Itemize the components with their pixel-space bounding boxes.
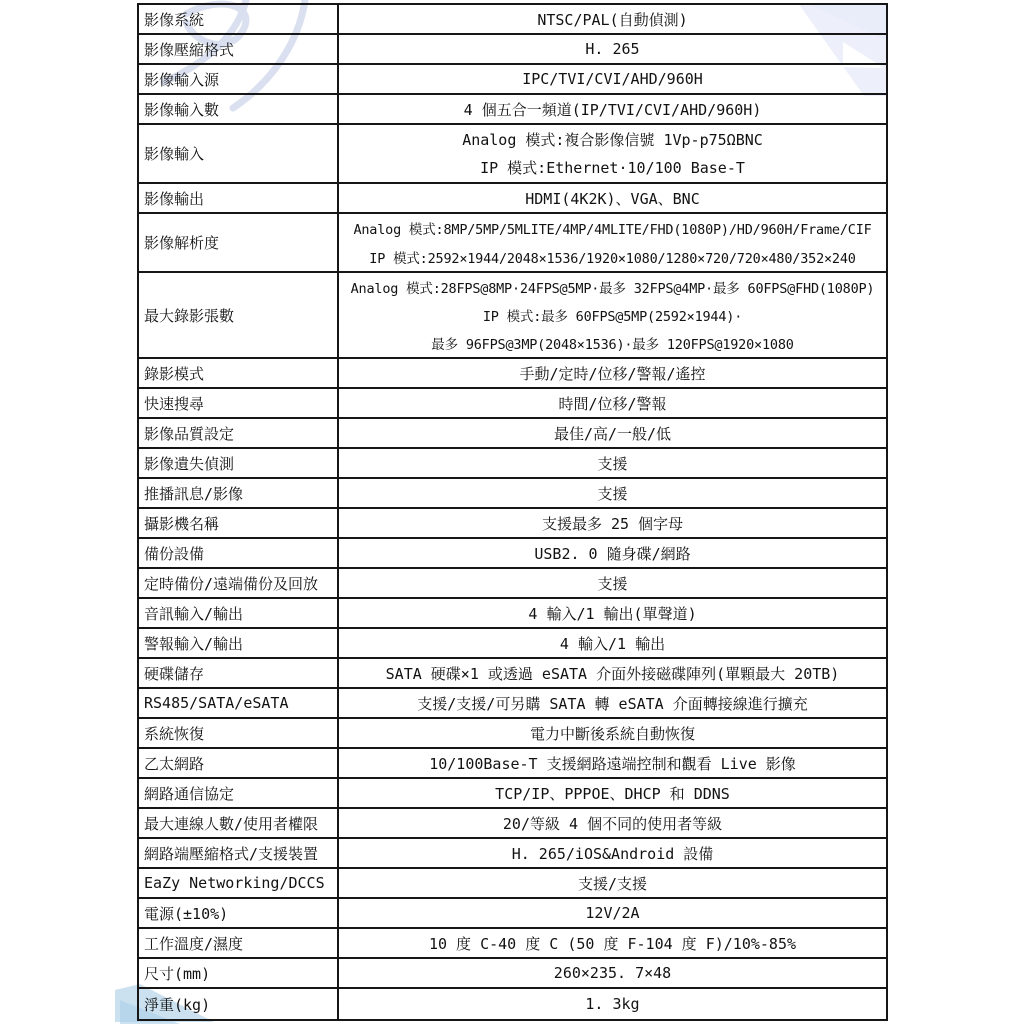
spec-label: 影像壓縮格式 bbox=[139, 35, 339, 63]
spec-label: 警報輸入/輸出 bbox=[139, 629, 339, 657]
table-row: 硬碟儲存SATA 硬碟×1 或透過 eSATA 介面外接磁碟陣列(單顆最大 20… bbox=[139, 659, 886, 689]
spec-label: RS485/SATA/eSATA bbox=[139, 689, 339, 717]
spec-value: 支援/支援 bbox=[339, 869, 886, 897]
spec-label: 影像輸入 bbox=[139, 125, 339, 182]
spec-label: EaZy Networking/DCCS bbox=[139, 869, 339, 897]
table-row: 影像輸入源IPC/TVI/CVI/AHD/960H bbox=[139, 65, 886, 95]
spec-label: 定時備份/遠端備份及回放 bbox=[139, 569, 339, 597]
spec-value: 最佳/高/一般/低 bbox=[339, 419, 886, 447]
spec-value-line: 12V/2A bbox=[339, 899, 886, 927]
spec-value-line: USB2. 0 隨身碟/網路 bbox=[339, 539, 886, 567]
spec-value-line: 260×235. 7×48 bbox=[339, 959, 886, 987]
spec-value: IPC/TVI/CVI/AHD/960H bbox=[339, 65, 886, 93]
spec-value-line: H. 265/iOS&Android 設備 bbox=[339, 839, 886, 867]
table-row: 最大錄影張數Analog 模式:28FPS@8MP·24FPS@5MP·最多 3… bbox=[139, 273, 886, 359]
spec-value: 10 度 C-40 度 C (50 度 F-104 度 F)/10%-85% bbox=[339, 929, 886, 957]
spec-value-line: 時間/位移/警報 bbox=[339, 389, 886, 417]
spec-value-line: 支援/支援/可另購 SATA 轉 eSATA 介面轉接線進行擴充 bbox=[339, 689, 886, 717]
spec-label: 影像系統 bbox=[139, 5, 339, 33]
spec-label: 網路通信協定 bbox=[139, 779, 339, 807]
table-row: 淨重(kg)1. 3kg bbox=[139, 989, 886, 1019]
spec-value: 4 輸入/1 輸出 bbox=[339, 629, 886, 657]
spec-value: 支援/支援/可另購 SATA 轉 eSATA 介面轉接線進行擴充 bbox=[339, 689, 886, 717]
spec-label: 影像解析度 bbox=[139, 214, 339, 271]
spec-value: Analog 模式:複合影像信號 1Vp-p75ΩBNCIP 模式:Ethern… bbox=[339, 125, 886, 182]
table-row: 錄影模式手動/定時/位移/警報/遙控 bbox=[139, 359, 886, 389]
spec-value-line: 10/100Base-T 支援網路遠端控制和觀看 Live 影像 bbox=[339, 749, 886, 777]
spec-value: TCP/IP、PPPOE、DHCP 和 DDNS bbox=[339, 779, 886, 807]
spec-value-line: 支援/支援 bbox=[339, 869, 886, 897]
table-row: 尺寸(mm)260×235. 7×48 bbox=[139, 959, 886, 989]
spec-label: 音訊輸入/輸出 bbox=[139, 599, 339, 627]
table-row: 影像輸入數4 個五合一頻道(IP/TVI/CVI/AHD/960H) bbox=[139, 95, 886, 125]
spec-value-line: H. 265 bbox=[339, 35, 886, 63]
spec-value-line: 4 輸入/1 輸出(單聲道) bbox=[339, 599, 886, 627]
spec-value-line: 支援 bbox=[339, 569, 886, 597]
table-row: 影像輸出HDMI(4K2K)、VGA、BNC bbox=[139, 184, 886, 214]
spec-value: HDMI(4K2K)、VGA、BNC bbox=[339, 184, 886, 212]
spec-label: 影像輸入源 bbox=[139, 65, 339, 93]
spec-value: 12V/2A bbox=[339, 899, 886, 927]
spec-value: 10/100Base-T 支援網路遠端控制和觀看 Live 影像 bbox=[339, 749, 886, 777]
spec-value: H. 265 bbox=[339, 35, 886, 63]
spec-value-line: IP 模式:Ethernet·10/100 Base-T bbox=[339, 154, 886, 183]
spec-label: 工作溫度/濕度 bbox=[139, 929, 339, 957]
table-row: 備份設備USB2. 0 隨身碟/網路 bbox=[139, 539, 886, 569]
spec-value: 260×235. 7×48 bbox=[339, 959, 886, 987]
table-row: 工作溫度/濕度10 度 C-40 度 C (50 度 F-104 度 F)/10… bbox=[139, 929, 886, 959]
spec-label: 錄影模式 bbox=[139, 359, 339, 387]
table-row: 定時備份/遠端備份及回放支援 bbox=[139, 569, 886, 599]
spec-value-line: 電力中斷後系統自動恢復 bbox=[339, 719, 886, 747]
table-row: 攝影機名稱支援最多 25 個字母 bbox=[139, 509, 886, 539]
table-row: EaZy Networking/DCCS支援/支援 bbox=[139, 869, 886, 899]
table-row: 音訊輸入/輸出4 輸入/1 輸出(單聲道) bbox=[139, 599, 886, 629]
table-row: 警報輸入/輸出4 輸入/1 輸出 bbox=[139, 629, 886, 659]
spec-value-line: 10 度 C-40 度 C (50 度 F-104 度 F)/10%-85% bbox=[339, 929, 886, 957]
table-row: 影像輸入Analog 模式:複合影像信號 1Vp-p75ΩBNCIP 模式:Et… bbox=[139, 125, 886, 184]
table-row: 影像遺失偵測支援 bbox=[139, 449, 886, 479]
spec-label: 推播訊息/影像 bbox=[139, 479, 339, 507]
spec-value-line: 支援最多 25 個字母 bbox=[339, 509, 886, 537]
table-row: 系統恢復電力中斷後系統自動恢復 bbox=[139, 719, 886, 749]
spec-value: USB2. 0 隨身碟/網路 bbox=[339, 539, 886, 567]
table-row: 電源(±10%)12V/2A bbox=[139, 899, 886, 929]
page: 影像系統NTSC/PAL(自動偵測)影像壓縮格式H. 265影像輸入源IPC/T… bbox=[0, 0, 1024, 1024]
spec-value-line: Analog 模式:複合影像信號 1Vp-p75ΩBNC bbox=[339, 125, 886, 154]
spec-value-line: 20/等級 4 個不同的使用者等級 bbox=[339, 809, 886, 837]
spec-value: SATA 硬碟×1 或透過 eSATA 介面外接磁碟陣列(單顆最大 20TB) bbox=[339, 659, 886, 687]
spec-label: 硬碟儲存 bbox=[139, 659, 339, 687]
table-row: 推播訊息/影像支援 bbox=[139, 479, 886, 509]
spec-value: 1. 3kg bbox=[339, 989, 886, 1019]
spec-value: 20/等級 4 個不同的使用者等級 bbox=[339, 809, 886, 837]
spec-value-line: Analog 模式:28FPS@8MP·24FPS@5MP·最多 32FPS@4… bbox=[339, 273, 886, 301]
spec-label: 淨重(kg) bbox=[139, 989, 339, 1019]
spec-value-line: 4 輸入/1 輸出 bbox=[339, 629, 886, 657]
spec-label: 網路端壓縮格式/支援裝置 bbox=[139, 839, 339, 867]
spec-table: 影像系統NTSC/PAL(自動偵測)影像壓縮格式H. 265影像輸入源IPC/T… bbox=[137, 3, 888, 1021]
spec-label: 影像輸出 bbox=[139, 184, 339, 212]
spec-label: 電源(±10%) bbox=[139, 899, 339, 927]
spec-value-line: HDMI(4K2K)、VGA、BNC bbox=[339, 184, 886, 212]
spec-value-line: IP 模式:2592×1944/2048×1536/1920×1080/1280… bbox=[339, 243, 886, 272]
spec-value-line: 4 個五合一頻道(IP/TVI/CVI/AHD/960H) bbox=[339, 95, 886, 123]
spec-value-line: 支援 bbox=[339, 449, 886, 477]
table-row: 影像系統NTSC/PAL(自動偵測) bbox=[139, 5, 886, 35]
spec-value: 支援最多 25 個字母 bbox=[339, 509, 886, 537]
spec-label: 最大連線人數/使用者權限 bbox=[139, 809, 339, 837]
table-row: 快速搜尋時間/位移/警報 bbox=[139, 389, 886, 419]
spec-value: Analog 模式:8MP/5MP/5MLITE/4MP/4MLITE/FHD(… bbox=[339, 214, 886, 271]
spec-value: H. 265/iOS&Android 設備 bbox=[339, 839, 886, 867]
spec-label: 快速搜尋 bbox=[139, 389, 339, 417]
spec-value: NTSC/PAL(自動偵測) bbox=[339, 5, 886, 33]
table-row: 影像品質設定最佳/高/一般/低 bbox=[139, 419, 886, 449]
table-row: 影像壓縮格式H. 265 bbox=[139, 35, 886, 65]
table-row: 最大連線人數/使用者權限20/等級 4 個不同的使用者等級 bbox=[139, 809, 886, 839]
spec-label: 最大錄影張數 bbox=[139, 273, 339, 357]
spec-label: 影像輸入數 bbox=[139, 95, 339, 123]
spec-label: 攝影機名稱 bbox=[139, 509, 339, 537]
spec-value: 4 個五合一頻道(IP/TVI/CVI/AHD/960H) bbox=[339, 95, 886, 123]
table-row: 網路通信協定TCP/IP、PPPOE、DHCP 和 DDNS bbox=[139, 779, 886, 809]
spec-label: 尺寸(mm) bbox=[139, 959, 339, 987]
spec-value-line: 手動/定時/位移/警報/遙控 bbox=[339, 359, 886, 387]
spec-value: 4 輸入/1 輸出(單聲道) bbox=[339, 599, 886, 627]
table-row: 影像解析度Analog 模式:8MP/5MP/5MLITE/4MP/4MLITE… bbox=[139, 214, 886, 273]
table-row: 網路端壓縮格式/支援裝置H. 265/iOS&Android 設備 bbox=[139, 839, 886, 869]
spec-value: 電力中斷後系統自動恢復 bbox=[339, 719, 886, 747]
spec-value-line: 最多 96FPS@3MP(2048×1536)·最多 120FPS@1920×1… bbox=[339, 329, 886, 357]
spec-value-line: 最佳/高/一般/低 bbox=[339, 419, 886, 447]
spec-value-line: IP 模式:最多 60FPS@5MP(2592×1944)· bbox=[339, 301, 886, 329]
spec-value-line: NTSC/PAL(自動偵測) bbox=[339, 5, 886, 33]
spec-label: 乙太網路 bbox=[139, 749, 339, 777]
spec-value: 支援 bbox=[339, 449, 886, 477]
spec-label: 系統恢復 bbox=[139, 719, 339, 747]
table-row: RS485/SATA/eSATA支援/支援/可另購 SATA 轉 eSATA 介… bbox=[139, 689, 886, 719]
spec-value-line: TCP/IP、PPPOE、DHCP 和 DDNS bbox=[339, 779, 886, 807]
spec-value-line: 支援 bbox=[339, 479, 886, 507]
spec-value: Analog 模式:28FPS@8MP·24FPS@5MP·最多 32FPS@4… bbox=[339, 273, 886, 357]
spec-value: 手動/定時/位移/警報/遙控 bbox=[339, 359, 886, 387]
spec-value-line: SATA 硬碟×1 或透過 eSATA 介面外接磁碟陣列(單顆最大 20TB) bbox=[339, 659, 886, 687]
spec-value-line: Analog 模式:8MP/5MP/5MLITE/4MP/4MLITE/FHD(… bbox=[339, 214, 886, 243]
spec-value: 時間/位移/警報 bbox=[339, 389, 886, 417]
table-row: 乙太網路10/100Base-T 支援網路遠端控制和觀看 Live 影像 bbox=[139, 749, 886, 779]
spec-label: 影像品質設定 bbox=[139, 419, 339, 447]
spec-value-line: IPC/TVI/CVI/AHD/960H bbox=[339, 65, 886, 93]
spec-value: 支援 bbox=[339, 569, 886, 597]
spec-value: 支援 bbox=[339, 479, 886, 507]
spec-label: 影像遺失偵測 bbox=[139, 449, 339, 477]
spec-value-line: 1. 3kg bbox=[339, 989, 886, 1019]
spec-label: 備份設備 bbox=[139, 539, 339, 567]
